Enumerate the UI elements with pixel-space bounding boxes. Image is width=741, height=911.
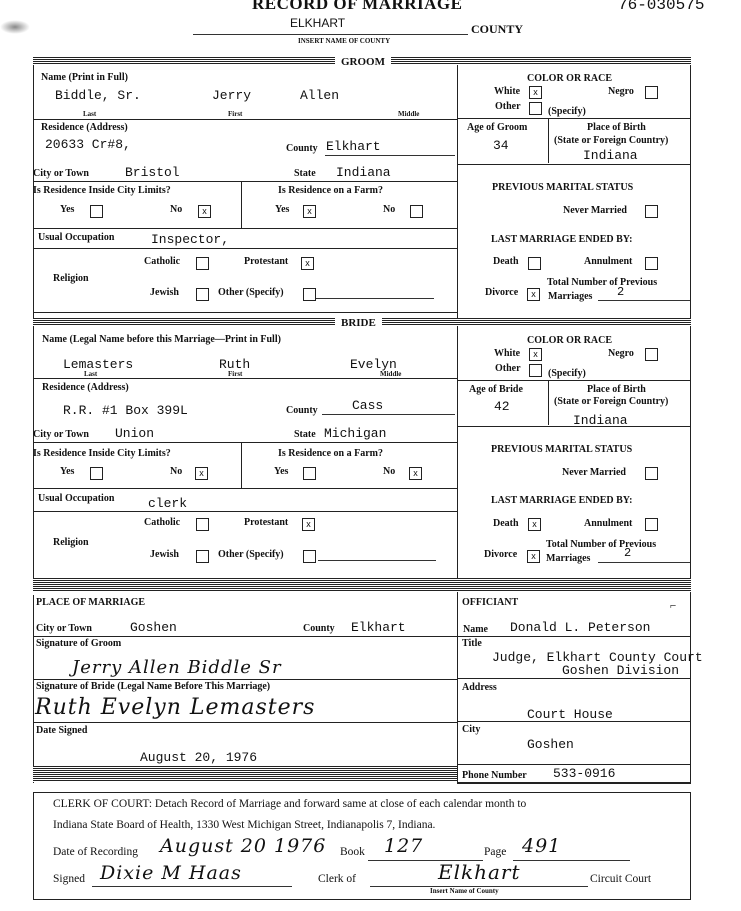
groom-city[interactable]: Bristol xyxy=(125,165,180,180)
groom-divorce-checkbox[interactable]: x xyxy=(527,288,540,301)
officiant-title-line2[interactable]: Goshen Division xyxy=(562,663,679,678)
section-bar xyxy=(33,766,457,782)
divider xyxy=(33,312,457,313)
groom-negro-label: Negro xyxy=(608,86,634,97)
bride-prev-status-label: PREVIOUS MARITAL STATUS xyxy=(491,444,632,455)
divider xyxy=(457,380,690,381)
clerk-signature[interactable]: Dixie M Haas xyxy=(100,862,242,884)
underline xyxy=(598,300,690,301)
divider xyxy=(33,679,457,680)
divider xyxy=(457,636,690,637)
divider xyxy=(33,378,457,379)
bride-catholic-label: Catholic xyxy=(144,517,180,528)
officiant-title-label: Title xyxy=(462,638,482,649)
groom-never-married-checkbox[interactable] xyxy=(645,205,658,218)
bride-occupation-label: Usual Occupation xyxy=(38,493,114,504)
groom-birth-sublabel: (State or Foreign Country) xyxy=(554,135,668,146)
divider xyxy=(457,678,690,679)
bride-annulment-checkbox[interactable] xyxy=(645,518,658,531)
groom-farm-question: Is Residence on a Farm? xyxy=(278,185,383,196)
groom-farm-no-label: No xyxy=(383,204,395,215)
header-county-underline xyxy=(193,34,468,35)
officiant-phone[interactable]: 533-0916 xyxy=(553,766,615,781)
divider xyxy=(33,442,457,443)
underline xyxy=(513,860,630,861)
groom-race-label: COLOR OR RACE xyxy=(527,73,612,84)
place-city-label: City or Town xyxy=(36,623,92,634)
groom-age-label: Age of Groom xyxy=(467,122,527,133)
bride-white-label: White xyxy=(494,348,520,359)
header-county-caption: INSERT NAME OF COUNTY xyxy=(298,37,390,45)
groom-total-prev-label: Total Number of Previous xyxy=(547,277,657,288)
bride-race-other-label: Other xyxy=(495,363,521,374)
date-signed[interactable]: August 20, 1976 xyxy=(140,750,257,765)
bride-total-prev-label: Total Number of Previous xyxy=(546,539,656,550)
groom-address[interactable]: 20633 Cr#8, xyxy=(45,137,131,152)
groom-farm-yes-checkbox[interactable]: x xyxy=(303,205,316,218)
bride-city-limits-yes-label: Yes xyxy=(60,466,74,477)
groom-protestant-checkbox[interactable]: x xyxy=(301,257,314,270)
bride-state[interactable]: Michigan xyxy=(324,426,386,441)
bride-death-label: Death xyxy=(493,518,519,529)
bride-age-label: Age of Bride xyxy=(469,384,523,395)
header-county-value: ELKHART xyxy=(290,16,345,30)
groom-marriages-label: Marriages xyxy=(548,291,592,302)
bride-farm-question: Is Residence on a Farm? xyxy=(278,448,383,459)
groom-state[interactable]: Indiana xyxy=(336,165,391,180)
bride-section-label: BRIDE xyxy=(335,317,382,329)
pen-mark: ⌐ xyxy=(670,600,676,612)
groom-section-label: GROOM xyxy=(335,56,391,68)
bride-religion-label: Religion xyxy=(53,537,89,548)
bride-negro-label: Negro xyxy=(608,348,634,359)
groom-total-prev[interactable]: 2 xyxy=(617,285,624,299)
groom-city-limits-yes-checkbox[interactable] xyxy=(90,205,103,218)
bride-protestant-label: Protestant xyxy=(244,517,288,528)
officiant-section-label: OFFICIANT xyxy=(462,597,518,608)
bride-total-prev[interactable]: 2 xyxy=(624,546,631,560)
bride-name-label: Name (Legal Name before this Marriage—Pr… xyxy=(42,334,281,345)
bride-negro-checkbox[interactable] xyxy=(645,348,658,361)
underline xyxy=(598,562,690,563)
groom-death-label: Death xyxy=(493,256,519,267)
groom-annulment-label: Annulment xyxy=(584,256,632,267)
groom-state-label: State xyxy=(294,168,316,179)
bride-city-label: City or Town xyxy=(33,429,89,440)
groom-religion-label: Religion xyxy=(53,273,89,284)
book-label: Book xyxy=(340,846,365,858)
groom-residence-label: Residence (Address) xyxy=(41,122,128,133)
bride-farm-yes-checkbox[interactable] xyxy=(303,467,316,480)
bride-last-name[interactable]: Lemasters xyxy=(63,357,133,372)
bride-protestant-checkbox[interactable]: x xyxy=(302,518,315,531)
groom-never-married-label: Never Married xyxy=(563,205,627,216)
groom-birth-label: Place of Birth xyxy=(587,122,646,133)
underline xyxy=(322,414,455,415)
divider xyxy=(33,228,457,229)
bride-divorce-label: Divorce xyxy=(484,549,517,560)
groom-city-limits-no-checkbox[interactable]: x xyxy=(198,205,211,218)
groom-jewish-label: Jewish xyxy=(150,287,179,298)
form-title: RECORD OF MARRIAGE xyxy=(252,0,462,14)
groom-county[interactable]: Elkhart xyxy=(326,139,381,154)
clerk-instructions-line2: Indiana State Board of Health, 1330 West… xyxy=(53,819,435,831)
groom-prev-status-label: PREVIOUS MARITAL STATUS xyxy=(492,182,633,193)
bride-jewish-label: Jewish xyxy=(150,549,179,560)
place-county[interactable]: Elkhart xyxy=(351,620,406,635)
divider xyxy=(457,426,690,427)
bride-last-caption: Last xyxy=(84,370,97,378)
bride-last-ended-label: LAST MARRIAGE ENDED BY: xyxy=(491,495,632,506)
groom-last-ended-label: LAST MARRIAGE ENDED BY: xyxy=(491,234,632,245)
bride-signature[interactable]: Ruth Evelyn Lemasters xyxy=(35,695,315,720)
bride-city[interactable]: Union xyxy=(115,426,154,441)
date-of-recording-label: Date of Recording xyxy=(53,846,138,858)
groom-protestant-label: Protestant xyxy=(244,256,288,267)
bride-occupation[interactable]: clerk xyxy=(148,496,187,511)
underline xyxy=(316,298,434,299)
bride-never-married-checkbox[interactable] xyxy=(645,467,658,480)
groom-name-label: Name (Print in Full) xyxy=(41,72,128,83)
bride-birth-sublabel: (State or Foreign Country) xyxy=(554,396,668,407)
groom-race-other-checkbox[interactable] xyxy=(529,102,542,115)
divider xyxy=(457,764,690,765)
clerk-instructions-line1: CLERK OF COURT: Detach Record of Marriag… xyxy=(53,798,526,810)
officiant-name-label: Name xyxy=(463,624,488,635)
divider xyxy=(33,248,457,249)
groom-white-label: White xyxy=(494,86,520,97)
bride-city-limits-no-checkbox[interactable]: x xyxy=(195,467,208,480)
bride-catholic-checkbox[interactable] xyxy=(196,518,209,531)
frame-middle xyxy=(457,62,458,784)
scan-smudge xyxy=(0,20,30,34)
groom-age[interactable]: 34 xyxy=(493,138,509,153)
divider xyxy=(33,488,457,489)
date-of-recording[interactable]: August 20 1976 xyxy=(160,835,326,857)
place-section-label: PLACE OF MARRIAGE xyxy=(36,597,145,608)
clerk-of-label: Clerk of xyxy=(318,873,356,885)
book-number[interactable]: 127 xyxy=(384,835,423,857)
underline xyxy=(318,560,436,561)
groom-jewish-checkbox[interactable] xyxy=(196,288,209,301)
bride-city-limits-yes-checkbox[interactable] xyxy=(90,467,103,480)
page-number[interactable]: 491 xyxy=(522,835,561,857)
bride-state-label: State xyxy=(294,429,316,440)
bride-jewish-checkbox[interactable] xyxy=(196,550,209,563)
divider-v xyxy=(548,118,549,163)
underline xyxy=(92,886,292,887)
bride-other-religion-checkbox[interactable] xyxy=(303,550,316,563)
groom-divorce-label: Divorce xyxy=(485,287,518,298)
groom-middle-caption: Middle xyxy=(398,110,419,118)
clerk-of-caption: Insert Name of County xyxy=(430,887,499,895)
clerk-of-county[interactable]: Elkhart xyxy=(438,860,521,884)
divider xyxy=(33,181,457,182)
officiant-address[interactable]: Court House xyxy=(527,707,613,722)
bride-race-other-checkbox[interactable] xyxy=(529,364,542,377)
groom-first-name[interactable]: Jerry xyxy=(212,88,251,103)
groom-birth-place[interactable]: Indiana xyxy=(583,148,638,163)
groom-annulment-checkbox[interactable] xyxy=(645,257,658,270)
officiant-phone-label: Phone Number xyxy=(462,770,527,781)
divider-v xyxy=(548,380,549,425)
groom-farm-yes-label: Yes xyxy=(275,204,289,215)
bride-county[interactable]: Cass xyxy=(352,398,383,413)
bride-farm-yes-label: Yes xyxy=(274,466,288,477)
divider-v xyxy=(241,181,242,228)
groom-last-caption: Last xyxy=(83,110,96,118)
bride-never-married-label: Never Married xyxy=(562,467,626,478)
divider-v xyxy=(241,442,242,489)
officiant-city-label: City xyxy=(462,724,480,735)
groom-farm-no-checkbox[interactable] xyxy=(410,205,423,218)
groom-other-religion-label: Other (Specify) xyxy=(218,287,284,298)
section-bar xyxy=(33,578,691,592)
groom-signature-label: Signature of Groom xyxy=(36,638,121,649)
groom-race-other-label: Other xyxy=(495,101,521,112)
frame-left-lower xyxy=(33,595,34,783)
bride-death-checkbox[interactable]: x xyxy=(528,518,541,531)
officiant-city[interactable]: Goshen xyxy=(527,737,574,752)
groom-city-label: City or Town xyxy=(33,168,89,179)
divider xyxy=(33,511,457,512)
divider xyxy=(457,118,690,119)
bride-specify-label: (Specify) xyxy=(548,368,586,379)
officiant-name[interactable]: Donald L. Peterson xyxy=(510,620,650,635)
bride-birth-label: Place of Birth xyxy=(587,384,646,395)
groom-death-checkbox[interactable] xyxy=(528,257,541,270)
divider xyxy=(457,721,690,722)
officiant-address-label: Address xyxy=(462,682,497,693)
groom-other-religion-checkbox[interactable] xyxy=(303,288,316,301)
bride-city-limits-no-label: No xyxy=(170,466,182,477)
bride-farm-no-label: No xyxy=(383,466,395,477)
bride-farm-no-checkbox[interactable]: x xyxy=(409,467,422,480)
divider xyxy=(33,119,457,120)
divider xyxy=(457,164,690,165)
header-county-suffix: COUNTY xyxy=(471,22,523,37)
groom-city-limits-no-label: No xyxy=(170,204,182,215)
divider xyxy=(33,636,457,637)
groom-signature[interactable]: Jerry Allen Biddle Sr xyxy=(72,657,282,678)
groom-catholic-label: Catholic xyxy=(144,256,180,267)
bride-city-limits-question: Is Residence Inside City Limits? xyxy=(33,448,171,459)
groom-middle-name[interactable]: Allen xyxy=(300,88,339,103)
bride-annulment-label: Annulment xyxy=(584,518,632,529)
bride-other-religion-label: Other (Specify) xyxy=(218,549,284,560)
bride-first-caption: First xyxy=(228,370,242,378)
divider xyxy=(457,782,690,784)
place-county-label: County xyxy=(303,623,335,634)
frame-right xyxy=(690,62,691,784)
bride-divorce-checkbox[interactable]: x xyxy=(527,550,540,563)
groom-last-name[interactable]: Biddle, Sr. xyxy=(55,88,141,103)
place-city[interactable]: Goshen xyxy=(130,620,177,635)
circuit-court-label: Circuit Court xyxy=(590,873,651,885)
bride-age[interactable]: 42 xyxy=(494,399,510,414)
bride-middle-caption: Middle xyxy=(380,370,401,378)
bride-address[interactable]: R.R. #1 Box 399L xyxy=(63,403,188,418)
groom-catholic-checkbox[interactable] xyxy=(196,257,209,270)
date-signed-label: Date Signed xyxy=(36,725,87,736)
groom-city-limits-question: Is Residence Inside City Limits? xyxy=(33,185,171,196)
bride-residence-label: Residence (Address) xyxy=(42,382,129,393)
bride-marriages-label: Marriages xyxy=(546,553,590,564)
underline xyxy=(325,155,455,156)
bride-signature-label: Signature of Bride (Legal Name Before Th… xyxy=(36,681,270,692)
bride-county-label: County xyxy=(286,405,318,416)
groom-occupation-label: Usual Occupation xyxy=(38,232,114,243)
groom-specify-label: (Specify) xyxy=(548,106,586,117)
groom-white-checkbox[interactable]: x xyxy=(529,86,542,99)
divider xyxy=(33,722,457,723)
groom-occupation[interactable]: Inspector, xyxy=(151,232,229,247)
groom-first-caption: First xyxy=(228,110,242,118)
groom-negro-checkbox[interactable] xyxy=(645,86,658,99)
bride-white-checkbox[interactable]: x xyxy=(529,348,542,361)
signed-label: Signed xyxy=(53,873,85,885)
certificate-number: 76-030575 xyxy=(618,0,704,14)
bride-race-label: COLOR OR RACE xyxy=(527,335,612,346)
page-label: Page xyxy=(484,846,506,858)
groom-city-limits-yes-label: Yes xyxy=(60,204,74,215)
groom-county-label: County xyxy=(286,143,318,154)
